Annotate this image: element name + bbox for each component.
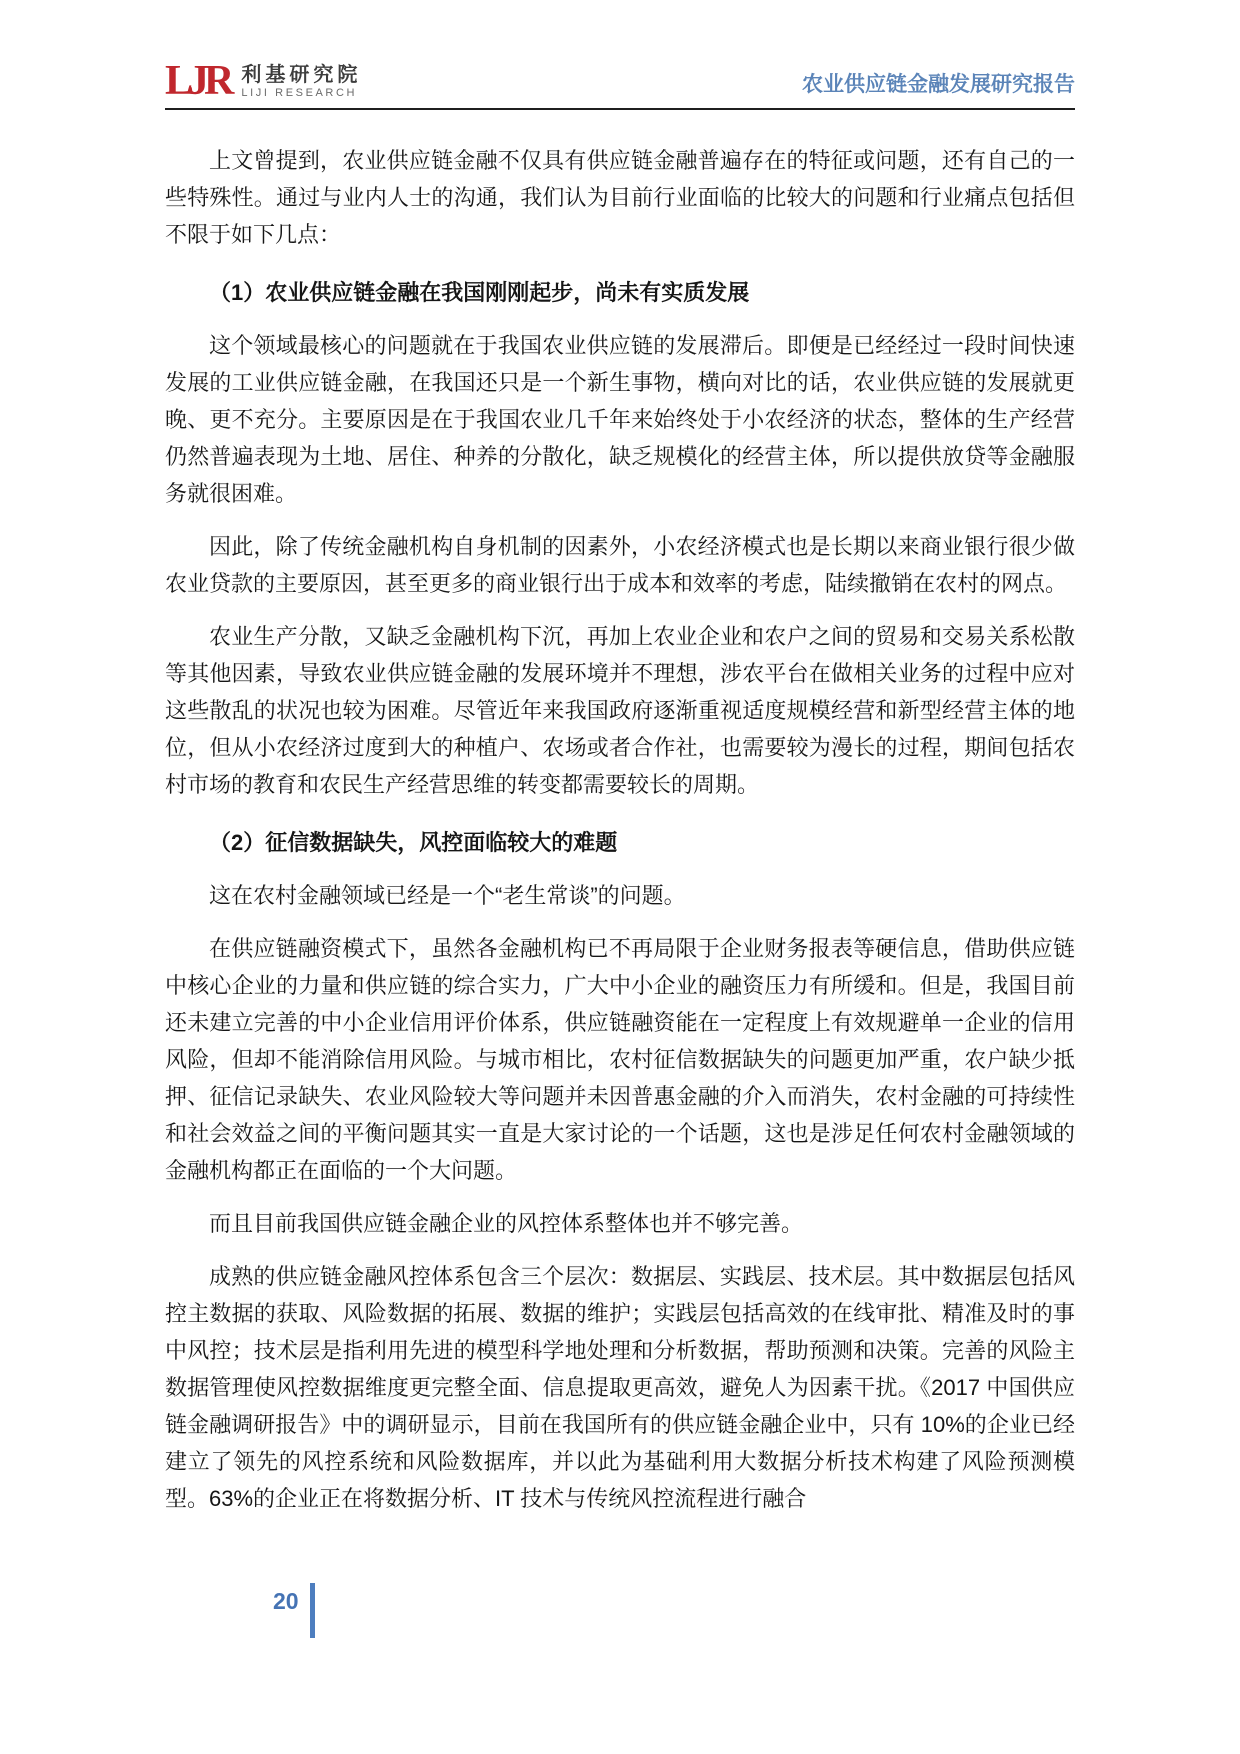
paragraph: 而且目前我国供应链金融企业的风控体系整体也并不够完善。: [165, 1205, 1075, 1242]
page-number-bar: [310, 1583, 315, 1638]
paragraph: 这个领域最核心的问题就在于我国农业供应链的发展滞后。即便是已经经过一段时间快速发…: [165, 327, 1075, 512]
header-divider: [165, 108, 1075, 110]
document-page: LJR 利基研究院 LIJI RESEARCH 农业供应链金融发展研究报告 上文…: [0, 0, 1240, 1754]
logo-name-chinese: 利基研究院: [241, 64, 361, 86]
logo-wordmark: 利基研究院 LIJI RESEARCH: [241, 64, 361, 100]
section-heading-2: （2）征信数据缺失，风控面临较大的难题: [165, 824, 1075, 861]
paragraph: 成熟的供应链金融风控体系包含三个层次：数据层、实践层、技术层。其中数据层包括风控…: [165, 1258, 1075, 1517]
paragraph: 在供应链融资模式下，虽然各金融机构已不再局限于企业财务报表等硬信息，借助供应链中…: [165, 930, 1075, 1189]
logo-name-english: LIJI RESEARCH: [241, 86, 361, 100]
paragraph: 农业生产分散，又缺乏金融机构下沉，再加上农业企业和农户之间的贸易和交易关系松散等…: [165, 618, 1075, 803]
report-title: 农业供应链金融发展研究报告: [802, 68, 1075, 100]
document-body: 上文曾提到，农业供应链金融不仅具有供应链金融普遍存在的特征或问题，还有自己的一些…: [165, 126, 1075, 1517]
paragraph: 因此，除了传统金融机构自身机制的因素外，小农经济模式也是长期以来商业银行很少做农…: [165, 528, 1075, 602]
paragraph-intro: 上文曾提到，农业供应链金融不仅具有供应链金融普遍存在的特征或问题，还有自己的一些…: [165, 142, 1075, 253]
page-footer: 20: [273, 1583, 315, 1638]
page-number: 20: [273, 1590, 299, 1613]
page-header: LJR 利基研究院 LIJI RESEARCH 农业供应链金融发展研究报告: [0, 0, 1240, 110]
liji-research-logo: LJR 利基研究院 LIJI RESEARCH: [165, 64, 361, 100]
ljr-logo-icon: LJR: [165, 64, 234, 100]
header-row: LJR 利基研究院 LIJI RESEARCH 农业供应链金融发展研究报告: [165, 64, 1075, 108]
section-heading-1: （1）农业供应链金融在我国刚刚起步，尚未有实质发展: [165, 274, 1075, 311]
paragraph: 这在农村金融领域已经是一个“老生常谈”的问题。: [165, 877, 1075, 914]
